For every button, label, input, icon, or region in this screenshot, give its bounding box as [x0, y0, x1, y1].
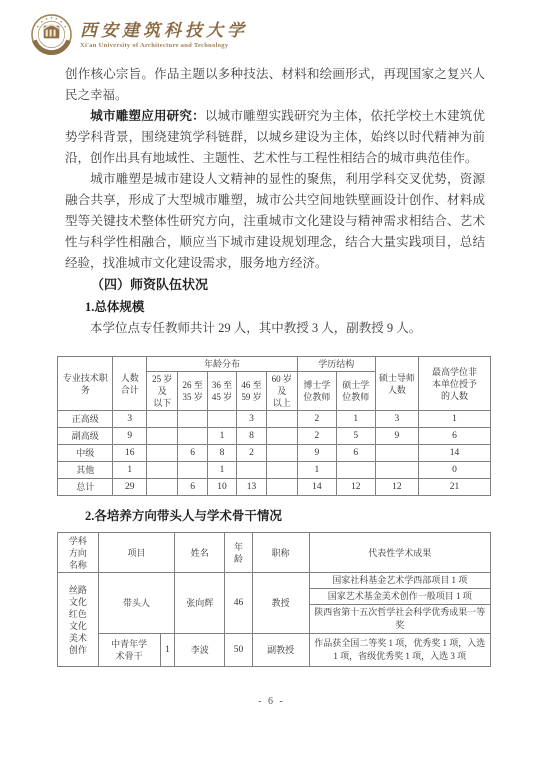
achievement-cell: 国家社科基金艺术学西部项目 1 项	[309, 573, 490, 589]
table-cell: 1	[297, 462, 336, 479]
paragraph-2-lead: 城市雕塑应用研究：	[90, 109, 205, 123]
table-cell: 13	[237, 479, 266, 496]
document-page: 西安建筑科技大学 Xi'an University of Architectur…	[0, 0, 543, 768]
table-cell	[266, 411, 297, 428]
table-cell: 16	[113, 445, 147, 462]
university-name-block: 西安建筑科技大学 Xi'an University of Architectur…	[80, 21, 248, 49]
table-cell: 9	[375, 428, 418, 445]
name-cell: 张向辉	[175, 573, 225, 634]
table-cell: 9	[297, 445, 336, 462]
row-title: 总计	[58, 479, 113, 496]
col-header-doctorate: 博士学 位教师	[297, 372, 336, 411]
direction-cell: 丝路 文化 红色 文化 美术 创作	[58, 573, 99, 667]
leaders-table-wrap: 学科 方向 名称 项目 姓名 年 龄 职称 代表性学术成果 丝路 文化 红色 文…	[57, 532, 491, 667]
table-cell	[336, 462, 375, 479]
table-cell	[147, 479, 178, 496]
col-header-title: 专业技术职 务	[58, 357, 113, 411]
table-cell: 9	[113, 428, 147, 445]
table-cell: 0	[419, 462, 491, 479]
faculty-count-text: 本学位点专任教师共计 29 人，其中教授 3 人，副教授 9 人。	[90, 321, 421, 335]
table-row-assoc-senior: 副高级 9 1 8 2 5 9 6	[58, 428, 491, 445]
col-header-age-26-35: 26 至 35 岁	[178, 372, 207, 411]
table-cell	[266, 462, 297, 479]
count-cell: 1	[160, 634, 175, 667]
table-cell	[147, 428, 178, 445]
col-header-post: 职称	[252, 533, 309, 573]
paragraph-2: 城市雕塑应用研究：以城市雕塑实践研究为主体，依托学校土木建筑优势学科背景，围绕建…	[65, 106, 485, 169]
col-header-age-46-59: 46 至 59 岁	[237, 372, 266, 411]
faculty-scale-table: 专业技术职 务 人数 合计 年龄分布 学历结构 硕士导师 人数 最高学位非 本单…	[57, 356, 491, 496]
table-cell	[178, 462, 207, 479]
row-title: 中级	[58, 445, 113, 462]
table-cell	[147, 411, 178, 428]
table-cell: 14	[297, 479, 336, 496]
achievement-cell: 作品获全国二等奖 1 项，优秀奖 1 项，入选 1 项，省级优秀奖 1 项，入选…	[309, 634, 490, 667]
table-cell: 2	[237, 445, 266, 462]
col-header-age-under25: 25 岁及 以下	[147, 372, 178, 411]
table-cell: 1	[336, 411, 375, 428]
col-header-age-36-45: 36 至 45 岁	[207, 372, 236, 411]
table-cell: 8	[237, 428, 266, 445]
table-cell: 1	[207, 428, 236, 445]
col-header-name: 姓名	[175, 533, 225, 573]
table-cell: 14	[419, 445, 491, 462]
col-header-external-degree: 最高学位非 本单位授予 的人数	[419, 357, 491, 411]
table-cell	[266, 479, 297, 496]
table-cell: 3	[237, 411, 266, 428]
paragraph-3-text: 城市雕塑是城市建设人文精神的显性的聚焦，利用学科交叉优势，资源融合共享，形成了大…	[65, 172, 485, 270]
table-cell: 10	[207, 479, 236, 496]
table-cell: 3	[113, 411, 147, 428]
table-row-senior: 正高级 3 3 2 1 3 1	[58, 411, 491, 428]
subsection-1-heading: 1.总体规模	[65, 296, 485, 318]
table-row-backbone: 中青年学 术骨干 1 李波 50 副教授 作品获全国二等奖 1 项，优秀奖 1 …	[58, 634, 491, 667]
row-title: 正高级	[58, 411, 113, 428]
row-title: 副高级	[58, 428, 113, 445]
table-cell: 29	[113, 479, 147, 496]
post-cell: 副教授	[252, 634, 309, 667]
university-name-cn: 西安建筑科技大学	[80, 21, 248, 41]
row-title: 其他	[58, 462, 113, 479]
col-header-achievements: 代表性学术成果	[309, 533, 490, 573]
table-cell: 6	[178, 479, 207, 496]
post-cell: 教授	[252, 573, 309, 634]
col-header-project: 项目	[98, 533, 175, 573]
faculty-scale-table-wrap: 专业技术职 务 人数 合计 年龄分布 学历结构 硕士导师 人数 最高学位非 本单…	[57, 356, 491, 496]
table-cell	[237, 462, 266, 479]
subsection-2-heading: 2.各培养方向带头人与学术骨干情况	[65, 505, 485, 527]
section-heading: （四）师资队伍状况	[65, 274, 485, 296]
table-cell: 1	[419, 411, 491, 428]
name-cell: 李波	[175, 634, 225, 667]
table-cell	[207, 411, 236, 428]
table-cell: 1	[113, 462, 147, 479]
table-row-total: 总计 29 6 10 13 14 12 12 21	[58, 479, 491, 496]
age-cell: 50	[225, 634, 253, 667]
table-row-other: 其他 1 1 1 0	[58, 462, 491, 479]
achievement-cell: 陕西省第十五次哲学社会科学优秀成果一等奖	[309, 605, 490, 634]
table-cell: 12	[336, 479, 375, 496]
paragraph-1: 创作核心宗旨。作品主题以多种技法、材料和绘画形式，再现国家之复兴人民之幸福。	[65, 64, 485, 106]
project-cell: 中青年学 术骨干	[98, 634, 160, 667]
document-body: 创作核心宗旨。作品主题以多种技法、材料和绘画形式，再现国家之复兴人民之幸福。 城…	[65, 64, 485, 667]
letterhead: 西安建筑科技大学 Xi'an University of Architectur…	[30, 13, 248, 56]
col-header-master: 硕士学 位教师	[336, 372, 375, 411]
col-header-direction: 学科 方向 名称	[58, 533, 99, 573]
table-cell	[178, 428, 207, 445]
table-cell: 21	[419, 479, 491, 496]
table-cell	[375, 445, 418, 462]
table-cell: 1	[207, 462, 236, 479]
col-header-age: 年 龄	[225, 533, 253, 573]
table-cell	[266, 428, 297, 445]
col-header-supervisors: 硕士导师 人数	[375, 357, 418, 411]
table-cell	[147, 445, 178, 462]
achievement-cell: 国家艺术基金美术创作一般项目 1 项	[309, 589, 490, 605]
page-number: - 6 -	[0, 696, 543, 707]
table-cell	[178, 411, 207, 428]
table-cell: 6	[336, 445, 375, 462]
subsection-1-text: 本学位点专任教师共计 29 人，其中教授 3 人，副教授 9 人。	[65, 318, 485, 339]
table-cell: 6	[178, 445, 207, 462]
age-cell: 46	[225, 573, 253, 634]
table-cell	[147, 462, 178, 479]
leaders-table: 学科 方向 名称 项目 姓名 年 龄 职称 代表性学术成果 丝路 文化 红色 文…	[57, 532, 491, 667]
table-cell: 6	[419, 428, 491, 445]
col-header-age-over60: 60 岁及 以上	[266, 372, 297, 411]
university-name-en: Xi'an University of Architecture and Tec…	[80, 42, 248, 49]
table-cell: 8	[207, 445, 236, 462]
project-cell: 带头人	[98, 573, 175, 634]
table-row-leader: 丝路 文化 红色 文化 美术 创作 带头人 张向辉 46 教授 国家社科基金艺术…	[58, 573, 491, 589]
col-group-age: 年龄分布	[147, 357, 298, 372]
table-header-row: 学科 方向 名称 项目 姓名 年 龄 职称 代表性学术成果	[58, 533, 491, 573]
table-header-row: 专业技术职 务 人数 合计 年龄分布 学历结构 硕士导师 人数 最高学位非 本单…	[58, 357, 491, 372]
table-cell: 3	[375, 411, 418, 428]
paragraph-3: 城市雕塑是城市建设人文精神的显性的聚焦，利用学科交叉优势，资源融合共享，形成了大…	[65, 169, 485, 274]
table-cell: 12	[375, 479, 418, 496]
col-group-education: 学历结构	[297, 357, 375, 372]
table-cell	[375, 462, 418, 479]
table-cell: 2	[297, 428, 336, 445]
col-header-total: 人数 合计	[113, 357, 147, 411]
table-cell: 2	[297, 411, 336, 428]
university-seal-icon	[30, 13, 73, 56]
table-cell	[266, 445, 297, 462]
table-row-intermediate: 中级 16 6 8 2 9 6 14	[58, 445, 491, 462]
table-cell: 5	[336, 428, 375, 445]
